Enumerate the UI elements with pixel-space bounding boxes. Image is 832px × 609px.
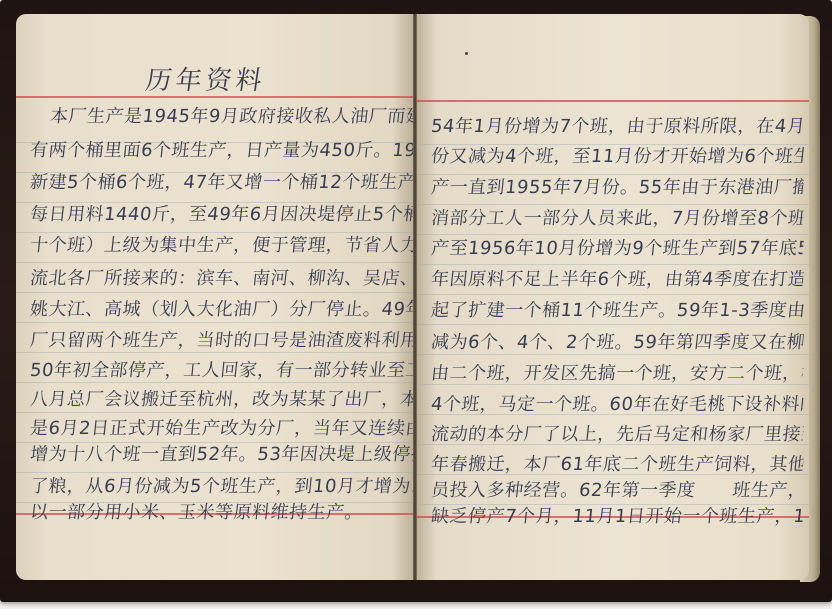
handwritten-line: 年春搬迁，本厂61年底二个班生产饲料，其他人 [430, 454, 804, 476]
right-page: 54年1月份增为7个班，由于原料所限，在4月 份又减为4个班，至11月份才开始增… [417, 14, 809, 580]
handwritten-line: 增为十八个班一直到52年。53年因决堤上级停掘 [29, 444, 415, 466]
handwritten-line: 以一部分用小米、玉米等原料维持生产。 [29, 502, 415, 524]
handwritten-line: 产一直到1955年7月份。55年由于东港油厂撤 [430, 177, 804, 199]
ruled-line [16, 232, 416, 233]
page-title: 历年资料 [143, 60, 268, 97]
ruled-line [417, 294, 809, 295]
handwritten-line: 十个班）上级为集中生产，便于管理，节省人力物力将 [29, 235, 415, 257]
ruled-line [16, 472, 416, 473]
ruled-line [417, 324, 809, 325]
handwritten-line: 姚大江、高城（划入大化油厂）分厂停止。49年底本 [29, 299, 415, 321]
ruled-line [417, 234, 809, 235]
ruled-line [417, 144, 809, 145]
ruled-line [16, 412, 416, 413]
handwritten-line: 消部分工人一部分人员来此，7月份增至8个班生 [430, 208, 804, 230]
ruled-line [417, 204, 809, 205]
handwritten-line: 厂只留两个班生产，当时的口号是油渣废料利用，因此 [29, 330, 415, 352]
handwritten-line: 年因原料不足上半年6个班，由第4季度在打造的节 [430, 269, 804, 291]
ruled-line [16, 352, 416, 353]
ruled-line [417, 174, 809, 175]
handwritten-line: 有两个桶里面6个班生产，日产量为450斤。1946年又 [29, 140, 415, 162]
handwritten-line: 每日用料1440斤，至49年6月因决堤停止5个桶（ [29, 204, 415, 226]
handwritten-line: 八月总厂会议搬迁至杭州，改为某某了出厂，本厂 [29, 389, 415, 411]
handwritten-line: 员投入多种经营。62年第一季度 班生产，因原料 [430, 480, 804, 502]
handwritten-line: 新建5个桶6个班，47年又增一个桶12个班生产， [29, 172, 415, 194]
top-red-margin-line [417, 100, 809, 102]
handwritten-line: 了粮，从6月份减为5个班生产，到10月才增为14个班 [29, 476, 415, 498]
handwritten-line: 由二个班，开发区先搞一个班，安方二个班，杨家 [430, 363, 804, 385]
handwritten-line: 50年初全部停产，工人回家，有一部分转业至工厂，50年 [29, 360, 415, 382]
ruled-line [16, 292, 416, 293]
left-page: 历年资料 本厂生产是1945年9月政府接收私人油厂而建，当时共 有两个桶里面6个… [16, 14, 416, 580]
handwritten-line: 4个班，马定一个班。60年在好毛桃下设补料的 [430, 394, 804, 416]
handwritten-line: 产至1956年10月份增为9个班生产到57年底58 [430, 238, 804, 260]
handwritten-line: 54年1月份增为7个班，由于原料所限，在4月 [430, 116, 804, 138]
handwritten-line: 起了扩建一个桶11个班生产。59年1-3季度由11个班 [430, 300, 804, 322]
ruled-line [417, 504, 809, 505]
ruled-line [16, 442, 416, 443]
notebook-gutter [413, 14, 417, 580]
ruled-line [417, 264, 809, 265]
paper-speck [465, 52, 468, 55]
handwritten-line: 本厂生产是1945年9月政府接收私人油厂而建，当时共 [49, 106, 415, 128]
handwritten-line: 是6月2日正式开始生产改为分厂，当年又连续由两个班 [29, 418, 415, 440]
handwritten-line: 流北各厂所接来的：滨车、南河、柳沟、吴店、方家集、 [29, 268, 415, 290]
ruled-line [16, 262, 416, 263]
handwritten-line: 缺乏停产7个月，11月1日开始一个班生产，11月20号 [430, 506, 804, 528]
ruled-line [16, 322, 416, 323]
ruled-line [16, 382, 416, 383]
handwritten-line: 份又减为4个班，至11月份才开始增为6个班生 [430, 146, 804, 168]
handwritten-line: 减为6个、4个、2个班。59年第四季度又在柳精厂 [430, 332, 804, 354]
handwritten-line: 流动的本分厂了以上，先后马定和杨家厂里接到61 [430, 424, 804, 446]
ruled-line [16, 202, 416, 203]
ruled-line [417, 354, 809, 355]
